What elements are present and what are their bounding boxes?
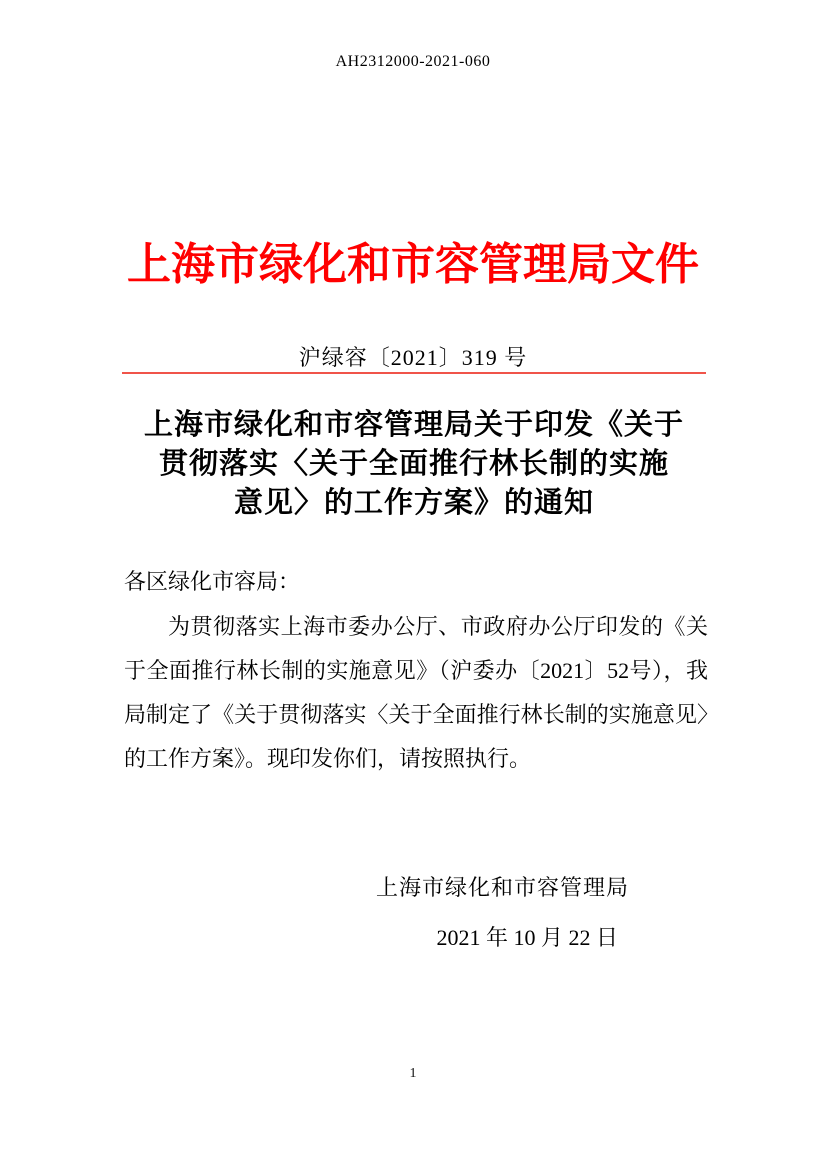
notice-title: 上海市绿化和市容管理局关于印发《关于 贯彻落实〈关于全面推行林长制的实施 意见〉… — [104, 406, 724, 523]
notice-title-line-1: 上海市绿化和市容管理局关于印发《关于 — [104, 406, 724, 445]
document-reference-number: 沪绿容〔2021〕319 号 — [0, 341, 826, 372]
notice-body-paragraph: 为贯彻落实上海市委办公厅、市政府办公厅印发的《关于全面推行林长制的实施意见》（沪… — [124, 605, 708, 781]
notice-salutation: 各区绿化市容局： — [124, 565, 300, 596]
document-page: AH2312000-2021-060 上海市绿化和市容管理局文件 沪绿容〔202… — [0, 0, 826, 1169]
signature-date: 2021 年 10 月 22 日 — [436, 921, 618, 952]
page-number: 1 — [0, 1066, 826, 1082]
letterhead-divider-line — [122, 372, 706, 374]
notice-title-line-2: 贯彻落实〈关于全面推行林长制的实施 — [104, 445, 724, 484]
document-index-code: AH2312000-2021-060 — [0, 53, 826, 71]
signature-issuer: 上海市绿化和市容管理局 — [376, 871, 629, 902]
notice-title-line-3: 意见〉的工作方案》的通知 — [104, 484, 724, 523]
letterhead-agency-title: 上海市绿化和市容管理局文件 — [0, 228, 826, 292]
